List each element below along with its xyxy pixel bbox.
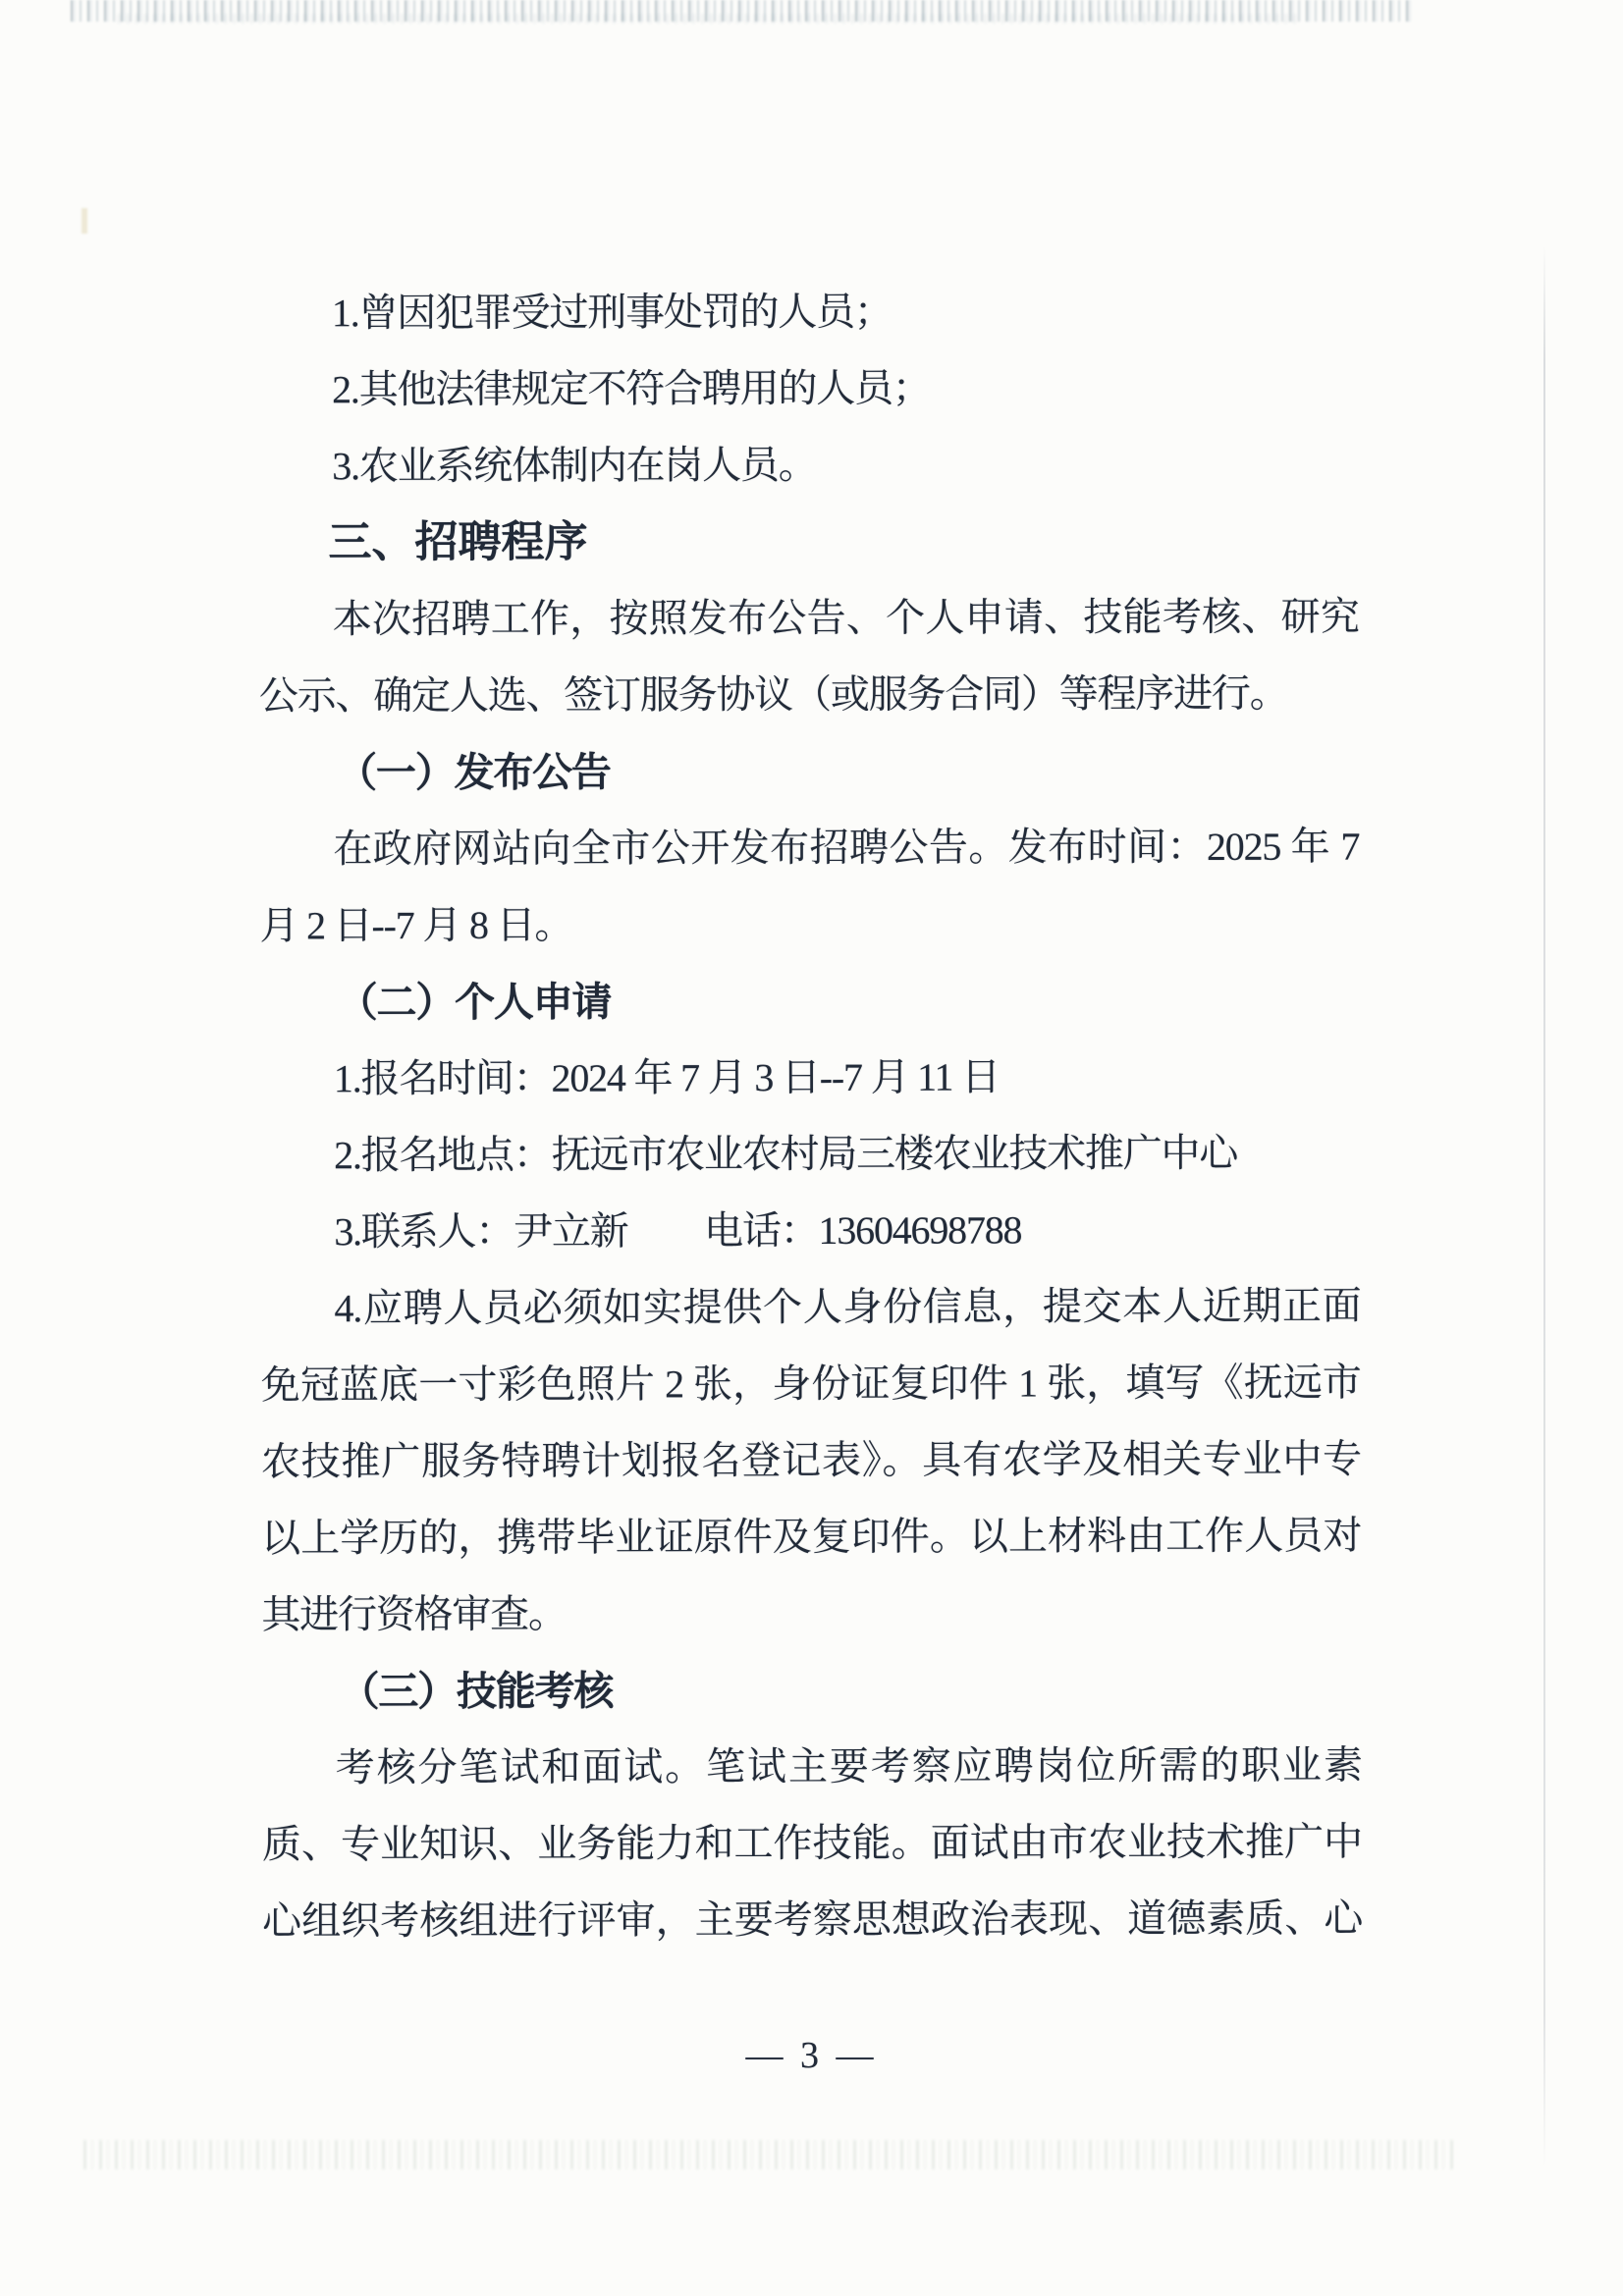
page-number: — 3 — xyxy=(0,2034,1623,2077)
list-item-line: 2.其他法律规定不符合聘用的人员； xyxy=(0,348,1621,429)
paper-blemish xyxy=(81,208,87,234)
paragraph-line: 质、专业知识、业务能力和工作技能。面试由市农业技术推广中 xyxy=(2,1804,1362,1885)
paragraph-first-line: 考核分笔试和面试。笔试主要考察应聘岗位所需的职业素 xyxy=(2,1728,1362,1808)
paragraph-line: 以上学历的，携带毕业证原件及复印件。以上材料由工作人员对 xyxy=(1,1498,1361,1578)
list-item-line: 1.曾因犯罪受过刑事处罚的人员； xyxy=(0,272,1621,352)
subsection-heading: （二）个人申请 xyxy=(0,961,1623,1041)
paragraph-first-line: 本次招聘工作，按照发布公告、个人申请、技能考核、研究 xyxy=(0,579,1359,660)
paragraph-line: 其进行资格审查。 xyxy=(1,1574,1623,1654)
section-heading: 三、招聘程序 xyxy=(0,502,1622,582)
paragraph-line: 月 2 日--7 月 8 日。 xyxy=(0,884,1623,965)
list-item-line: 3.联系人：尹立新 电话：13604698788 xyxy=(0,1191,1623,1271)
subsection-heading: （一）发布公告 xyxy=(0,731,1622,812)
list-item-line: 3.农业系统体制内在岗人员。 xyxy=(0,425,1621,506)
paragraph-line: 农技推广服务特聘计划报名登记表》。具有农学及相关专业中专 xyxy=(1,1421,1361,1502)
list-item-line: 1.报名时间：2024 年 7 月 3 日--7 月 11 日 xyxy=(0,1038,1623,1118)
paragraph-first-line: 在政府网站向全市公开发布招聘公告。发布时间：2025 年 7 xyxy=(0,809,1359,889)
list-item-line: 4.应聘人员必须如实提供个人身份信息，提交本人近期正面 xyxy=(0,1268,1360,1349)
subsection-heading: （三）技能考核 xyxy=(1,1650,1623,1731)
scan-noise-bottom xyxy=(83,2140,1458,2169)
paragraph-line: 心组织考核组进行评审，主要考察思想政治表现、道德素质、心 xyxy=(2,1881,1362,1961)
scan-noise-top-faint xyxy=(118,14,1296,24)
document-page: 1.曾因犯罪受过刑事处罚的人员；2.其他法律规定不符合聘用的人员；3.农业系统体… xyxy=(0,0,1623,2296)
paragraph-line: 公示、确定人选、签订服务协议（或服务合同）等程序进行。 xyxy=(0,655,1622,735)
paragraph-line: 免冠蓝底一寸彩色照片 2 张，身份证复印件 1 张，填写《抚远市 xyxy=(1,1345,1361,1425)
list-item-line: 2.报名地点：抚远市农业农村局三楼农业技术推广中心 xyxy=(0,1114,1623,1195)
document-body: 1.曾因犯罪受过刑事处罚的人员；2.其他法律规定不符合聘用的人员；3.农业系统体… xyxy=(0,272,1623,1960)
